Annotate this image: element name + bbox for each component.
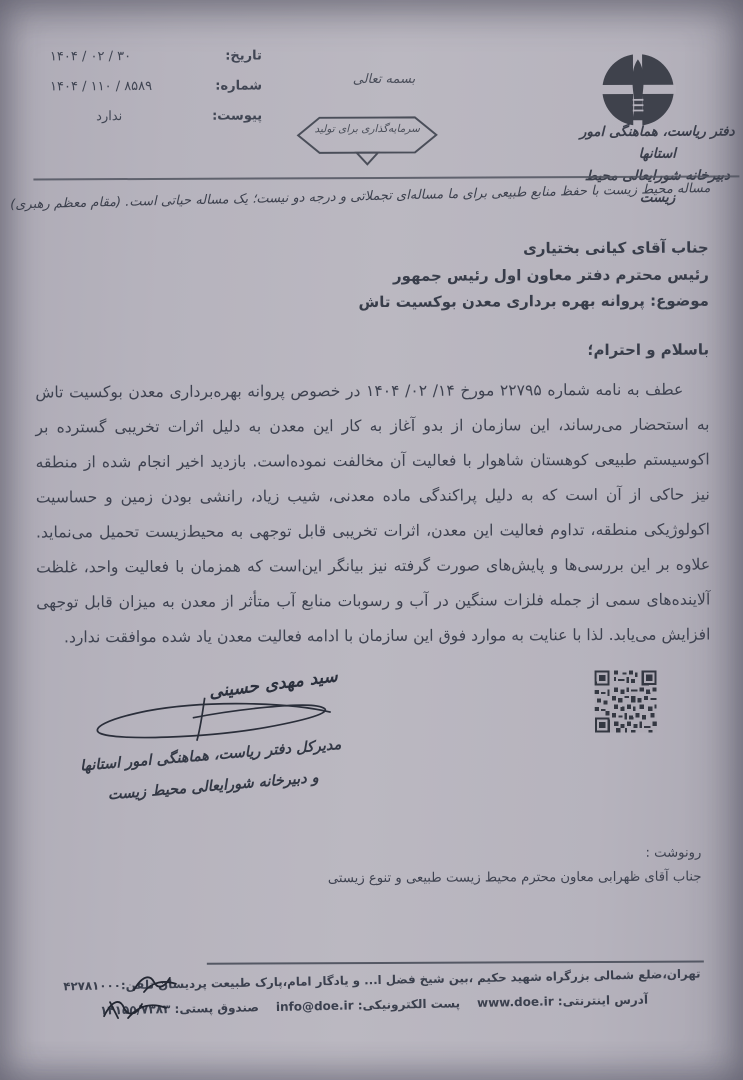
letter-paper: دفتر ریاست، هماهنگی امور استانها دبیرخان… xyxy=(0,0,743,1080)
number-value: ۱۴۰۴ / ۱۱۰ / ۸۵۸۹ xyxy=(50,77,152,96)
meta-block: تاریخ: ۱۴۰۴ / ۰۲ / ۳۰ شماره: ۱۴۰۴ / ۱۱۰ … xyxy=(50,46,262,137)
subject-label: موضوع: xyxy=(650,292,709,310)
attachment-row: پیوست: ندارد xyxy=(50,106,262,126)
salutation: باسلام و احترام؛ xyxy=(587,341,709,360)
qr-code xyxy=(595,670,657,733)
doe-logo-icon xyxy=(599,52,677,128)
date-row: تاریخ: ۱۴۰۴ / ۰۲ / ۳۰ xyxy=(50,46,262,66)
body-paragraph: عطف به نامه شماره ۲۲۷۹۵ مورخ ۱۴/ ۰۲/ ۱۴۰… xyxy=(35,373,710,656)
footer-email-value: info@doe.ir xyxy=(276,998,354,1014)
letter-content: دفتر ریاست، هماهنگی امور استانها دبیرخان… xyxy=(0,0,743,1080)
footer-email-label: پست الکترونیکی: xyxy=(358,996,461,1012)
number-label: شماره: xyxy=(215,76,262,95)
slogan-banner-icon xyxy=(294,110,440,169)
year-slogan-text: سرمایه‌گذاری برای تولید xyxy=(294,123,440,136)
attachment-value: ندارد xyxy=(96,107,122,126)
footer-links: آدرس اینترنتی: www.doe.ir پست الکترونیکی… xyxy=(100,992,648,1017)
footer-email: پست الکترونیکی: info@doe.ir xyxy=(276,996,460,1014)
footer-pobox-value: ۱۴۱۵۵/۷۳۸۳ xyxy=(100,1002,171,1017)
recipient-block: جناب آقای کیانی بختیاری رئیس محترم دفتر … xyxy=(59,235,709,317)
footer-pobox: صندوق پستی: ۱۴۱۵۵/۷۳۸۳ xyxy=(100,1000,259,1017)
besmele-text: بسمه تعالی xyxy=(334,72,434,87)
recipient-title: رئیس محترم دفتر معاون اول رئیس جمهور xyxy=(59,261,709,290)
year-slogan-emblem: سرمایه‌گذاری برای تولید xyxy=(294,110,440,169)
recipient-name: جناب آقای کیانی بختیاری xyxy=(59,235,709,264)
number-row: شماره: ۱۴۰۴ / ۱۱۰ / ۸۵۸۹ xyxy=(50,76,262,96)
subject-line: موضوع: پروانه بهره برداری معدن بوکسیت تا… xyxy=(59,288,709,317)
cc-line: جناب آقای ظهرابی معاون محترم محیط زیست ط… xyxy=(151,866,701,892)
footer-web: آدرس اینترنتی: www.doe.ir xyxy=(477,992,648,1009)
org-name-line1: دفتر ریاست، هماهنگی امور استانها xyxy=(576,120,738,165)
footer-address: تهران،ضلع شمالی بزرگراه شهید حکیم ،بین ش… xyxy=(57,966,707,993)
date-value: ۱۴۰۴ / ۰۲ / ۳۰ xyxy=(50,47,131,66)
subject-text: پروانه بهره برداری معدن بوکسیت تاش xyxy=(358,292,644,311)
footer-divider xyxy=(207,961,704,965)
footer-web-label: آدرس اینترنتی: xyxy=(558,992,648,1008)
footer-web-value: www.doe.ir xyxy=(477,994,554,1010)
footer-pobox-label: صندوق پستی: xyxy=(174,1000,259,1016)
cc-block: رونوشت : جناب آقای ظهرابی معاون محترم مح… xyxy=(151,842,701,892)
cc-label: رونوشت : xyxy=(151,842,701,868)
attachment-label: پیوست: xyxy=(212,106,262,125)
date-label: تاریخ: xyxy=(225,46,262,65)
